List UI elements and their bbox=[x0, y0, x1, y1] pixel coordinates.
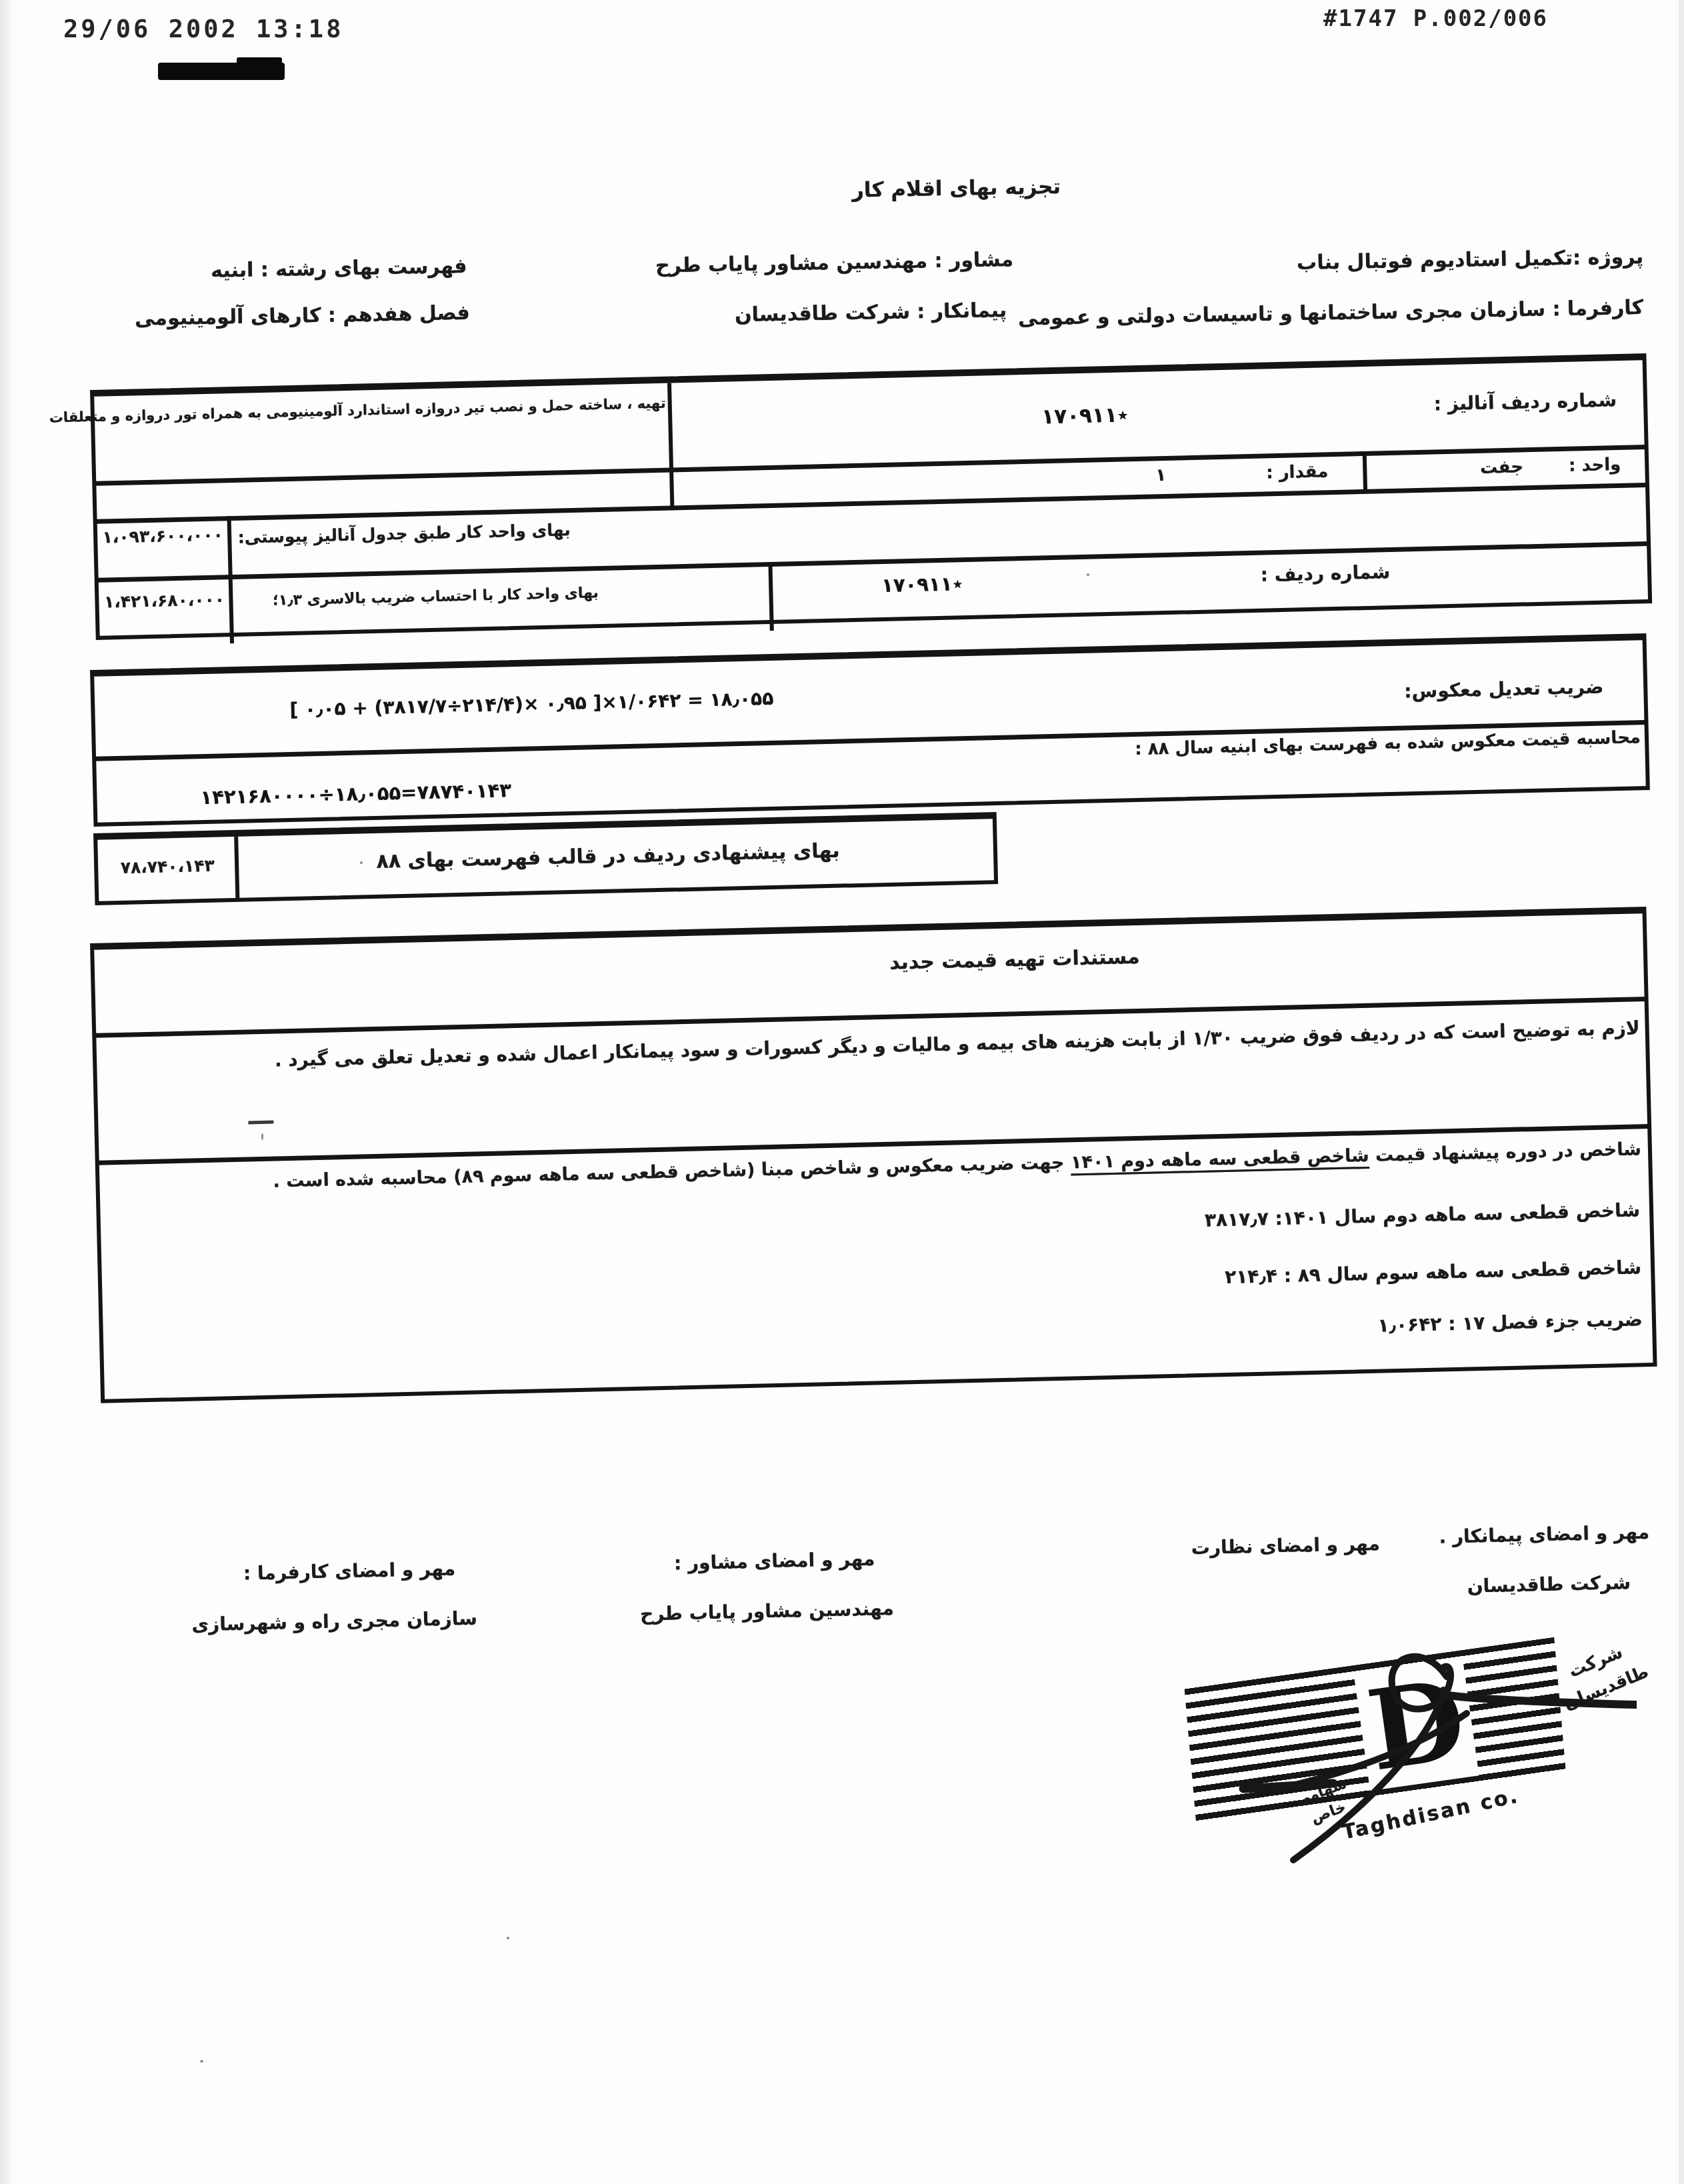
scan-speck bbox=[261, 1133, 263, 1140]
fax-page-counter: #1747 P.002/006 bbox=[1323, 5, 1548, 32]
quantity-value: ۱ bbox=[1155, 465, 1167, 485]
row-number-value: ۱۷۰۹۱۱٭ bbox=[849, 571, 996, 597]
signature-consultant-name: مهندسین مشاور پایاب طرح bbox=[657, 1597, 895, 1625]
signature-supervision-label: مهر و امضای نظارت bbox=[1193, 1533, 1381, 1559]
index-89-line: شاخص قطعی سه ماهه سوم سال ۸۹ : ۲۱۴٫۴ bbox=[1225, 1256, 1642, 1288]
proposed-price-box: ۷۸،۷۴۰،۱۴۳ بهای پیشنهادی ردیف در قالب فه… bbox=[93, 812, 998, 905]
unit-price-value: ۱،۰۹۳،۶۰۰،۰۰۰ bbox=[99, 525, 227, 547]
signature-consultant: مهر و امضای مشاور : مهندسین مشاور پایاب … bbox=[656, 1547, 894, 1625]
signature-employer-label: مهر و امضای کارفرما : bbox=[223, 1557, 477, 1585]
adjustment-coefficient-formula: [ ۰٫۰۵ + (۳۸۱۷/۷÷۲۱۴/۴)× ۰٫۹۵ ]×۱/۰۶۴۲ =… bbox=[195, 685, 868, 723]
scan-speck bbox=[1550, 737, 1552, 739]
consultant-line: مشاور : مهندسین مشاور پایاب طرح bbox=[655, 248, 1014, 277]
redaction-smudge bbox=[158, 63, 285, 80]
index-note-part1: شاخص در دوره پیشنهاد قیمت bbox=[1369, 1139, 1641, 1166]
overhead-price-value: ۱،۴۲۱،۶۸۰،۰۰۰ bbox=[100, 589, 229, 612]
client-line: کارفرما : سازمان مجری ساختمانها و تاسیسا… bbox=[1018, 296, 1644, 330]
signature-contractor-name: شرکت طاقدیسان bbox=[1447, 1571, 1651, 1598]
scanned-fax-page: 29/06 2002 13:18 #1747 P.002/006 تجزیه ب… bbox=[0, 0, 1684, 2184]
proposed-price-label: بهای پیشنهادی ردیف در قالب فهرست بهای ۸۸ bbox=[271, 837, 945, 876]
unit-value: جفت bbox=[1480, 457, 1524, 478]
signature-employer: مهر و امضای کارفرما : سازمان مجری راه و … bbox=[223, 1557, 477, 1635]
analysis-row-value: ۱۷۰۹۱۱٭ bbox=[1041, 403, 1129, 429]
row-number-label: شماره ردیف : bbox=[1232, 560, 1419, 587]
adjustment-coefficient-label: ضریب تعدیل معکوس: bbox=[1404, 676, 1604, 703]
unit-price-label: بهای واحد کار طبق جدول آنالیز پیوستی: bbox=[217, 519, 591, 547]
inverse-price-calc-formula: ۱۴۲۱۶۸۰۰۰۰÷۱۸٫۰۵۵=۷۸۷۴۰۱۴۳ bbox=[200, 779, 511, 809]
price-list-line: فهرست بهای رشته : ابنیه bbox=[210, 255, 467, 283]
signature-consultant-label: مهر و امضای مشاور : bbox=[656, 1547, 893, 1575]
table-divider bbox=[234, 837, 239, 901]
scan-speck bbox=[360, 861, 363, 864]
scan-speck bbox=[200, 2060, 203, 2063]
index-note-underlined: شاخص قطعی سه ماهه دوم ۱۴۰۱ bbox=[1071, 1145, 1369, 1173]
unit-cell: واحد : جفت bbox=[1367, 447, 1640, 487]
overhead-price-label: بهای واحد کار با احتساب ضریب بالاسری ۱٫۳… bbox=[235, 584, 635, 610]
documentation-title: مستندات تهیه قیمت جدید bbox=[855, 945, 1175, 975]
quantity-label: مقدار : bbox=[1266, 461, 1329, 483]
scan-speck bbox=[1087, 573, 1089, 576]
signature-contractor: مهر و امضای پیمانکار . شرکت طاقدیسان bbox=[1446, 1521, 1651, 1598]
index-1401-line: شاخص قطعی سه ماهه دوم سال ۱۴۰۱: ۳۸۱۷٫۷ bbox=[1205, 1199, 1641, 1231]
contractor-line: پیمانکار : شرکت طاقدیسان bbox=[735, 299, 1007, 327]
unit-label: واحد : bbox=[1569, 455, 1621, 476]
signature-contractor-label: مهر و امضای پیمانکار . bbox=[1446, 1521, 1650, 1548]
signature-supervision: مهر و امضای نظارت bbox=[1193, 1533, 1381, 1559]
scan-speck bbox=[507, 1937, 509, 1939]
analysis-row-label: شماره ردیف آنالیز : bbox=[1433, 389, 1617, 415]
handwritten-signature bbox=[1223, 1630, 1637, 1883]
item-description: تهیه ، ساخته حمل و نصب تیر دروازه استاند… bbox=[158, 395, 666, 423]
chapter-line: فصل هفدهم : کارهای آلومینیومی bbox=[135, 301, 470, 331]
item-table: شماره ردیف آنالیز : ۱۷۰۹۱۱٭ تهیه ، ساخته… bbox=[90, 353, 1652, 640]
scan-edge-shadow-left bbox=[0, 0, 11, 2184]
document-title: تجزیه بهای اقلام کار bbox=[852, 175, 1061, 202]
adjustment-box: ضریب تعدیل معکوس: [ ۰٫۰۵ + (۳۸۱۷/۷÷۲۱۴/۴… bbox=[90, 633, 1650, 827]
fax-timestamp: 29/06 2002 13:18 bbox=[63, 15, 343, 43]
index-note-line: شاخص در دوره پیشنهاد قیمت شاخص قطعی سه م… bbox=[273, 1139, 1641, 1191]
documentation-box: مستندات تهیه قیمت جدید لازم به توضیح است… bbox=[90, 907, 1657, 1403]
pen-dash-mark bbox=[248, 1121, 273, 1125]
table-divider bbox=[768, 562, 773, 631]
scan-edge-shadow-right bbox=[1679, 0, 1684, 2184]
proposed-price-value: ۷۸،۷۴۰،۱۴۳ bbox=[101, 855, 234, 878]
signature-employer-name: سازمان مجری راه و شهرسازی bbox=[224, 1607, 478, 1635]
chapter-coefficient-line: ضریب جزء فصل ۱۷ : ۱٫۰۶۴۲ bbox=[1377, 1308, 1643, 1336]
project-line: پروژه :تکمیل استادیوم فوتبال بناب bbox=[1297, 245, 1644, 275]
